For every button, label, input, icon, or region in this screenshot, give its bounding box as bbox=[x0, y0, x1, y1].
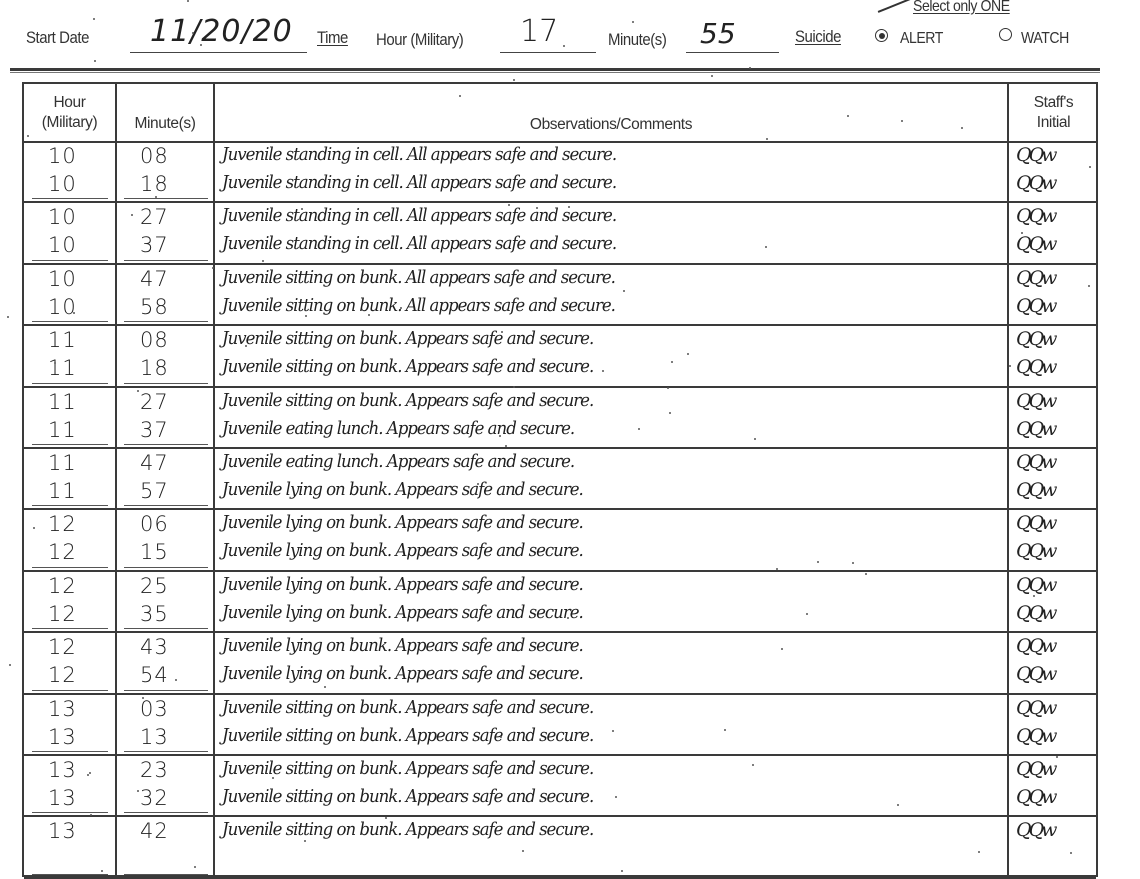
table-row: 1313Juvenile sitting on bunk. Appears sa… bbox=[24, 725, 1096, 752]
table-row: 1008Juvenile standing in cell. All appea… bbox=[24, 144, 1096, 171]
staff-initial-cell[interactable]: QQw bbox=[1016, 233, 1054, 255]
start-date-value[interactable]: 11/20/20 bbox=[150, 14, 293, 49]
scan-speck bbox=[137, 390, 139, 392]
observation-cell[interactable]: Juvenile sitting on bunk. Appears safe a… bbox=[222, 356, 949, 377]
minute-cell[interactable]: 08 bbox=[140, 328, 169, 352]
scan-speck bbox=[308, 673, 310, 675]
minute-underline bbox=[124, 874, 208, 875]
hour-underline bbox=[32, 260, 108, 261]
minute-cell[interactable]: 57 bbox=[140, 479, 169, 503]
staff-initial-cell[interactable]: QQw bbox=[1016, 144, 1054, 166]
row-group: 1047Juvenile sitting on bunk. All appear… bbox=[24, 265, 1096, 326]
row-group: 1206Juvenile lying on bunk. Appears safe… bbox=[24, 510, 1096, 571]
hour-cell[interactable]: 12 bbox=[48, 540, 77, 564]
staff-initial-cell[interactable]: QQw bbox=[1016, 267, 1054, 289]
table-row: 1342Juvenile sitting on bunk. Appears sa… bbox=[24, 819, 1096, 846]
minute-underline bbox=[124, 567, 208, 568]
scan-speck bbox=[1056, 756, 1058, 758]
hour-cell[interactable]: 12 bbox=[48, 635, 77, 659]
scan-speck bbox=[192, 32, 194, 34]
header-initial-line1: Staff's bbox=[1034, 93, 1074, 113]
scan-speck bbox=[54, 362, 56, 364]
row-divider bbox=[24, 877, 1096, 879]
observation-cell[interactable]: Juvenile lying on bunk. Appears safe and… bbox=[222, 479, 949, 500]
scan-speck bbox=[522, 850, 524, 852]
staff-initial-cell[interactable]: QQw bbox=[1016, 574, 1054, 596]
minute-cell[interactable]: 58 bbox=[140, 295, 169, 319]
hour-cell[interactable]: 10 bbox=[48, 233, 77, 257]
scan-speck bbox=[385, 817, 387, 819]
table-row: 1118Juvenile sitting on bunk. Appears sa… bbox=[24, 356, 1096, 383]
scan-speck bbox=[852, 562, 854, 564]
staff-initial-cell[interactable]: QQw bbox=[1016, 328, 1054, 350]
minute-cell[interactable]: 43 bbox=[140, 635, 169, 659]
scan-speck bbox=[520, 766, 522, 768]
minute-underline bbox=[124, 321, 208, 322]
minute-cell[interactable]: 35 bbox=[140, 602, 169, 626]
start-date-line bbox=[130, 52, 307, 53]
minute-underline bbox=[124, 812, 208, 813]
minute-cell[interactable]: 13 bbox=[140, 725, 169, 749]
scan-speck bbox=[90, 814, 92, 816]
scan-speck bbox=[27, 135, 29, 137]
scan-speck bbox=[400, 307, 402, 309]
scan-speck bbox=[459, 95, 461, 97]
observation-cell[interactable]: Juvenile standing in cell. All appears s… bbox=[222, 144, 949, 165]
alert-radio[interactable] bbox=[875, 29, 888, 42]
scan-speck bbox=[89, 772, 91, 774]
hour-cell[interactable]: 10 bbox=[48, 172, 77, 196]
scan-speck bbox=[1033, 595, 1035, 597]
staff-initial-cell[interactable]: QQw bbox=[1016, 295, 1054, 317]
hour-underline bbox=[32, 751, 108, 752]
scan-speck bbox=[623, 290, 625, 292]
header-initial-line2: Initial bbox=[1034, 113, 1074, 133]
table-row: 1254Juvenile lying on bunk. Appears safe… bbox=[24, 663, 1096, 690]
scan-speck bbox=[131, 214, 133, 216]
scan-speck bbox=[505, 445, 507, 447]
hour-line bbox=[500, 52, 596, 53]
hour-underline bbox=[32, 628, 108, 629]
hour-cell[interactable]: 11 bbox=[48, 328, 77, 352]
table-row: 1332Juvenile sitting on bunk. Appears sa… bbox=[24, 786, 1096, 813]
minute-cell[interactable]: 03 bbox=[140, 697, 169, 721]
scan-speck bbox=[897, 804, 899, 806]
minute-cell[interactable]: 54 bbox=[140, 663, 169, 687]
minute-underline bbox=[124, 690, 208, 691]
minute-underline bbox=[124, 383, 208, 384]
scan-speck bbox=[638, 428, 640, 430]
scan-speck bbox=[776, 568, 778, 570]
hour-cell[interactable]: 12 bbox=[48, 574, 77, 598]
minute-cell[interactable]: 15 bbox=[140, 540, 169, 564]
staff-initial-cell[interactable]: QQw bbox=[1016, 602, 1054, 624]
minute-cell[interactable]: 08 bbox=[140, 144, 169, 168]
observation-cell[interactable]: Juvenile standing in cell. All appears s… bbox=[222, 172, 949, 193]
minute-underline bbox=[124, 444, 208, 445]
hour-underline bbox=[32, 567, 108, 568]
watch-radio[interactable] bbox=[999, 28, 1012, 41]
scan-speck bbox=[508, 204, 510, 206]
row-group: 1225Juvenile lying on bunk. Appears safe… bbox=[24, 572, 1096, 633]
minute-cell[interactable]: 47 bbox=[140, 451, 169, 475]
staff-initial-cell[interactable]: QQw bbox=[1016, 663, 1054, 685]
scan-speck bbox=[318, 429, 320, 431]
scan-speck bbox=[563, 45, 565, 47]
scan-speck bbox=[245, 345, 247, 347]
scan-speck bbox=[93, 18, 95, 20]
scan-speck bbox=[961, 127, 963, 129]
observation-cell[interactable]: Juvenile sitting on bunk. All appears sa… bbox=[222, 267, 949, 288]
hour-cell[interactable]: 13 bbox=[48, 786, 77, 810]
staff-initial-cell[interactable]: QQw bbox=[1016, 390, 1054, 412]
scan-speck bbox=[304, 840, 306, 842]
scan-speck bbox=[187, 0, 189, 2]
scan-speck bbox=[175, 679, 177, 681]
observation-cell[interactable]: Juvenile sitting on bunk. Appears safe a… bbox=[222, 328, 949, 349]
staff-initial-cell[interactable]: QQw bbox=[1016, 540, 1054, 562]
start-date-label: Start Date bbox=[26, 28, 89, 48]
alert-option-label: ALERT bbox=[900, 30, 943, 48]
table-row: 1215Juvenile lying on bunk. Appears safe… bbox=[24, 540, 1096, 567]
scan-speck bbox=[687, 353, 689, 355]
observation-cell[interactable]: Juvenile lying on bunk. Appears safe and… bbox=[222, 663, 949, 684]
hour-cell[interactable]: 10 bbox=[48, 144, 77, 168]
header-minute: Minute(s) bbox=[117, 84, 213, 142]
scan-speck bbox=[817, 561, 819, 563]
scan-speck bbox=[615, 796, 617, 798]
table-row: 1303Juvenile sitting on bunk. Appears sa… bbox=[24, 697, 1096, 724]
minute-line bbox=[686, 52, 779, 53]
scan-speck bbox=[754, 438, 756, 440]
hour-underline bbox=[32, 321, 108, 322]
hour-cell[interactable]: 13 bbox=[48, 819, 77, 843]
staff-initial-cell[interactable]: QQw bbox=[1016, 786, 1054, 808]
observation-cell[interactable]: Juvenile sitting on bunk. Appears safe a… bbox=[222, 758, 949, 779]
row-group: 1342Juvenile sitting on bunk. Appears sa… bbox=[24, 817, 1096, 878]
minute-underline bbox=[124, 751, 208, 752]
minute-cell[interactable]: 18 bbox=[140, 172, 169, 196]
table-row: 1137Juvenile eating lunch. Appears safe … bbox=[24, 418, 1096, 445]
hour-cell[interactable]: 12 bbox=[48, 663, 77, 687]
hour-cell[interactable]: 12 bbox=[48, 512, 77, 536]
scan-speck bbox=[324, 686, 326, 688]
scan-speck bbox=[752, 764, 754, 766]
minute-cell[interactable]: 27 bbox=[140, 390, 169, 414]
header-hour-line1: Hour bbox=[42, 93, 97, 113]
header-divider bbox=[10, 68, 1100, 71]
observation-cell[interactable]: Juvenile eating lunch. Appears safe and … bbox=[222, 451, 949, 472]
observation-cell[interactable]: Juvenile sitting on bunk. Appears safe a… bbox=[222, 390, 949, 411]
table-row: 1225Juvenile lying on bunk. Appears safe… bbox=[24, 574, 1096, 601]
observation-cell[interactable]: Juvenile lying on bunk. Appears safe and… bbox=[222, 635, 949, 656]
suicide-label: Suicide bbox=[795, 27, 841, 47]
hour-underline bbox=[32, 505, 108, 506]
scan-speck bbox=[669, 412, 671, 414]
scan-speck bbox=[305, 315, 307, 317]
scan-speck bbox=[200, 44, 202, 46]
scan-speck bbox=[901, 120, 903, 122]
scan-speck bbox=[724, 729, 726, 731]
scan-speck bbox=[73, 312, 75, 314]
watch-option-label: WATCH bbox=[1021, 30, 1069, 48]
minute-cell[interactable]: 32 bbox=[140, 786, 169, 810]
hour-cell[interactable]: 12 bbox=[48, 602, 77, 626]
minute-underline bbox=[124, 628, 208, 629]
scan-speck bbox=[262, 730, 264, 732]
staff-initial-cell[interactable]: QQw bbox=[1016, 172, 1054, 194]
hour-cell[interactable]: 13 bbox=[48, 725, 77, 749]
staff-initial-cell[interactable]: QQw bbox=[1016, 356, 1054, 378]
table-row: 1323Juvenile sitting on bunk. Appears sa… bbox=[24, 758, 1096, 785]
scan-speck bbox=[477, 483, 479, 485]
scan-speck bbox=[749, 67, 751, 69]
hour-underline bbox=[32, 444, 108, 445]
observation-cell[interactable]: Juvenile sitting on bunk. All appears sa… bbox=[222, 295, 949, 316]
staff-initial-cell[interactable]: QQw bbox=[1016, 205, 1054, 227]
scan-speck bbox=[1021, 232, 1023, 234]
row-group: 1008Juvenile standing in cell. All appea… bbox=[24, 142, 1096, 203]
observation-cell[interactable]: Juvenile standing in cell. All appears s… bbox=[222, 205, 949, 226]
observation-cell[interactable]: Juvenile lying on bunk. Appears safe and… bbox=[222, 512, 949, 533]
row-group: 1147Juvenile eating lunch. Appears safe … bbox=[24, 449, 1096, 510]
hour-value[interactable]: 17 bbox=[520, 14, 558, 49]
scan-speck bbox=[1070, 852, 1072, 854]
scan-speck bbox=[847, 115, 849, 117]
scan-speck bbox=[765, 246, 767, 248]
observation-cell[interactable]: Juvenile sitting on bunk. Appears safe a… bbox=[222, 697, 949, 718]
scan-speck bbox=[7, 316, 9, 318]
header-hour: Hour(Military) bbox=[24, 84, 115, 142]
scan-speck bbox=[612, 730, 614, 732]
hour-cell[interactable]: 11 bbox=[48, 418, 77, 442]
minute-cell[interactable]: 18 bbox=[140, 356, 169, 380]
staff-initial-cell[interactable]: QQw bbox=[1016, 725, 1054, 747]
observation-cell[interactable]: Juvenile standing in cell. All appears s… bbox=[222, 233, 949, 254]
minute-cell[interactable]: 06 bbox=[140, 512, 169, 536]
table-row: 1108Juvenile sitting on bunk. Appears sa… bbox=[24, 328, 1096, 355]
scan-speck bbox=[499, 435, 501, 437]
scan-speck bbox=[368, 314, 370, 316]
header-hour-line2: (Military) bbox=[42, 113, 97, 133]
table-row: 1206Juvenile lying on bunk. Appears safe… bbox=[24, 512, 1096, 539]
minute-cell[interactable]: 25 bbox=[140, 574, 169, 598]
scan-speck bbox=[301, 208, 303, 210]
scan-speck bbox=[781, 648, 783, 650]
staff-initial-cell[interactable]: QQw bbox=[1016, 635, 1054, 657]
scan-speck bbox=[33, 527, 35, 529]
observation-cell[interactable]: Juvenile lying on bunk. Appears safe and… bbox=[222, 602, 949, 623]
table-row: 1058Juvenile sitting on bunk. All appear… bbox=[24, 295, 1096, 322]
scan-speck bbox=[94, 60, 96, 62]
scan-speck bbox=[1088, 285, 1090, 287]
staff-initial-cell[interactable]: QQw bbox=[1016, 819, 1054, 841]
scan-speck bbox=[513, 386, 515, 388]
scan-speck bbox=[978, 851, 980, 853]
minute-value[interactable]: 55 bbox=[700, 17, 736, 50]
staff-initial-cell[interactable]: QQw bbox=[1016, 758, 1054, 780]
scan-speck bbox=[262, 260, 264, 262]
table-row: 1235Juvenile lying on bunk. Appears safe… bbox=[24, 602, 1096, 629]
scan-speck bbox=[632, 21, 634, 23]
hour-cell[interactable]: 13 bbox=[48, 758, 77, 782]
scan-speck bbox=[501, 331, 503, 333]
staff-initial-cell[interactable]: QQw bbox=[1016, 479, 1054, 501]
hour-cell[interactable]: 11 bbox=[48, 356, 77, 380]
scan-speck bbox=[514, 649, 516, 651]
table-row: 1047Juvenile sitting on bunk. All appear… bbox=[24, 267, 1096, 294]
hour-underline bbox=[32, 874, 108, 875]
scan-speck bbox=[621, 870, 623, 872]
hour-cell[interactable]: 10 bbox=[48, 267, 77, 291]
hour-cell[interactable]: 10 bbox=[48, 205, 77, 229]
minute-underline bbox=[124, 198, 208, 199]
scan-speck bbox=[101, 870, 103, 872]
observation-cell[interactable]: Juvenile lying on bunk. Appears safe and… bbox=[222, 574, 949, 595]
scan-speck bbox=[559, 492, 561, 494]
staff-initial-cell[interactable]: QQw bbox=[1016, 512, 1054, 534]
scan-speck bbox=[142, 697, 144, 699]
row-group: 1243Juvenile lying on bunk. Appears safe… bbox=[24, 633, 1096, 694]
staff-initial-cell[interactable]: QQw bbox=[1016, 418, 1054, 440]
header-observations: Observations/Comments bbox=[215, 84, 1007, 142]
minute-underline bbox=[124, 505, 208, 506]
table-row: 1037Juvenile standing in cell. All appea… bbox=[24, 233, 1096, 260]
scan-speck bbox=[1009, 365, 1011, 367]
minute-cell[interactable]: 42 bbox=[140, 819, 169, 843]
table-row: 1027Juvenile standing in cell. All appea… bbox=[24, 205, 1096, 232]
minute-cell[interactable]: 37 bbox=[140, 418, 169, 442]
time-label: Time bbox=[317, 28, 348, 48]
hour-cell[interactable]: 11 bbox=[48, 479, 77, 503]
minute-cell[interactable]: 27 bbox=[140, 205, 169, 229]
scan-speck bbox=[500, 736, 502, 738]
hour-underline bbox=[32, 198, 108, 199]
scan-speck bbox=[212, 267, 214, 269]
hour-label: Hour (Military) bbox=[376, 30, 463, 50]
scan-speck bbox=[711, 75, 713, 77]
table-row: 1018Juvenile standing in cell. All appea… bbox=[24, 172, 1096, 199]
observation-cell[interactable]: Juvenile sitting on bunk. Appears safe a… bbox=[222, 786, 949, 807]
observation-cell[interactable]: Juvenile sitting on bunk. Appears safe a… bbox=[222, 819, 949, 840]
hour-underline bbox=[32, 812, 108, 813]
observation-cell[interactable]: Juvenile lying on bunk. Appears safe and… bbox=[222, 540, 949, 561]
scan-speck bbox=[87, 774, 89, 776]
hour-underline bbox=[32, 690, 108, 691]
scan-speck bbox=[544, 364, 546, 366]
scan-speck bbox=[806, 613, 808, 615]
table-row: 1243Juvenile lying on bunk. Appears safe… bbox=[24, 635, 1096, 662]
staff-initial-cell[interactable]: QQw bbox=[1016, 451, 1054, 473]
hour-underline bbox=[32, 383, 108, 384]
scan-speck bbox=[602, 370, 604, 372]
table-row: 1127Juvenile sitting on bunk. Appears sa… bbox=[24, 390, 1096, 417]
scan-speck bbox=[865, 573, 867, 575]
observation-log-table: Hour(Military) Minute(s) Observations/Co… bbox=[22, 82, 1098, 877]
scan-speck bbox=[568, 206, 570, 208]
hour-cell[interactable]: 13 bbox=[48, 697, 77, 721]
minute-underline bbox=[124, 260, 208, 261]
scan-speck bbox=[194, 866, 196, 868]
scan-speck bbox=[766, 138, 768, 140]
scan-speck bbox=[1089, 166, 1091, 168]
row-group: 1108Juvenile sitting on bunk. Appears sa… bbox=[24, 326, 1096, 387]
row-group: 1027Juvenile standing in cell. All appea… bbox=[24, 203, 1096, 264]
minute-cell[interactable]: 23 bbox=[140, 758, 169, 782]
scan-speck bbox=[671, 361, 673, 363]
minute-cell[interactable]: 37 bbox=[140, 233, 169, 257]
header-staff-initial: Staff'sInitial bbox=[1009, 84, 1098, 142]
minute-label: Minute(s) bbox=[608, 30, 666, 50]
row-group: 1127Juvenile sitting on bunk. Appears sa… bbox=[24, 388, 1096, 449]
row-group: 1323Juvenile sitting on bunk. Appears sa… bbox=[24, 756, 1096, 817]
scan-speck bbox=[9, 664, 11, 666]
scan-speck bbox=[272, 777, 274, 779]
observation-cell[interactable]: Juvenile eating lunch. Appears safe and … bbox=[222, 418, 949, 439]
row-group: 1303Juvenile sitting on bunk. Appears sa… bbox=[24, 695, 1096, 756]
scan-speck bbox=[536, 207, 538, 209]
header-divider-secondary bbox=[10, 72, 1100, 73]
scan-speck bbox=[567, 617, 569, 619]
select-only-one-note: Select only ONE bbox=[913, 0, 1010, 16]
observation-cell[interactable]: Juvenile sitting on bunk. Appears safe a… bbox=[222, 725, 949, 746]
hour-cell[interactable]: 11 bbox=[48, 390, 77, 414]
scan-speck bbox=[155, 196, 157, 198]
table-row: 1147Juvenile eating lunch. Appears safe … bbox=[24, 451, 1096, 478]
scan-speck bbox=[137, 790, 139, 792]
staff-initial-cell[interactable]: QQw bbox=[1016, 697, 1054, 719]
minute-cell[interactable]: 47 bbox=[140, 267, 169, 291]
hour-cell[interactable]: 11 bbox=[48, 451, 77, 475]
scan-speck bbox=[513, 79, 515, 81]
scan-speck bbox=[667, 387, 669, 389]
table-row bbox=[24, 847, 1096, 874]
hour-cell[interactable]: 10 bbox=[48, 295, 77, 319]
